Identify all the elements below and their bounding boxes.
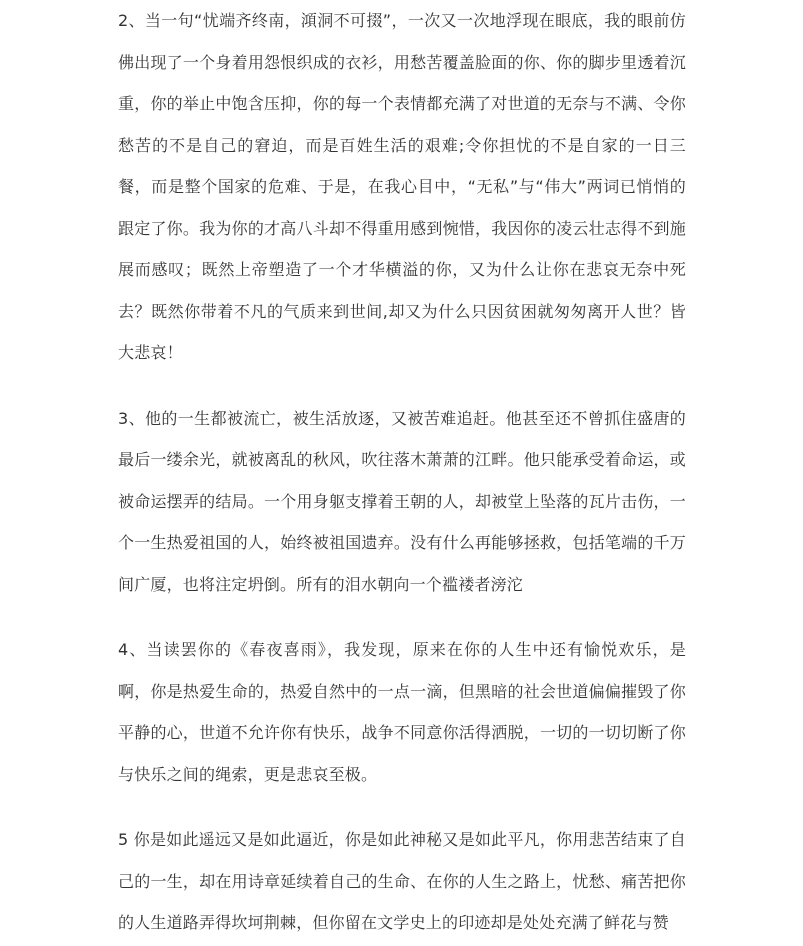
paragraph-4: 4、当读罢你的《春夜喜雨》，我发现，原来在你的人生中还有愉悦欢乐，是啊，你是热爱…: [118, 629, 686, 795]
document-page: 2、当一句“忧端齐终南，澒洞不可掇”，一次又一次地浮现在眼底，我的眼前仿佛出现了…: [0, 0, 803, 946]
paragraph-2: 2、当一句“忧端齐终南，澒洞不可掇”，一次又一次地浮现在眼底，我的眼前仿佛出现了…: [118, 0, 686, 374]
paragraph-3: 3、他的一生都被流亡，被生活放逐，又被苦难追赶。他甚至还不曾抓住盛唐的最后一缕余…: [118, 398, 686, 606]
paragraph-5: 5 你是如此遥远又是如此逼近，你是如此神秘又是如此平凡，你用悲苦结束了自己的一生…: [118, 819, 686, 944]
document-content: 2、当一句“忧端齐终南，澒洞不可掇”，一次又一次地浮现在眼底，我的眼前仿佛出现了…: [118, 0, 686, 944]
